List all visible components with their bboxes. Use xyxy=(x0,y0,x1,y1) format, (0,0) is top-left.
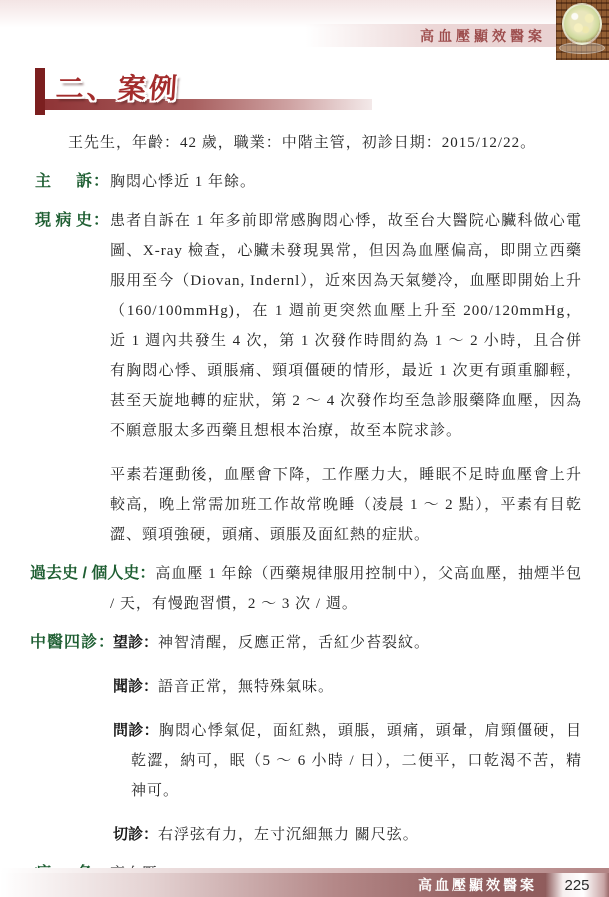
entry-text: 過去史 / 個人史：高血壓 1 年餘（西藥規律服用控制中），父高血壓，抽煙半包 … xyxy=(30,559,582,619)
sub-entry-聞診: 聞診：語音正常，無特殊氣味。 xyxy=(113,672,582,702)
sub-entry-切診: 切診：右浮弦有力，左寸沉細無力 關尺弦。 xyxy=(113,820,582,850)
entry-chief-complaint: 主訴：胸悶心悸近 1 年餘。 xyxy=(30,167,582,197)
patient-intro: 王先生，年齡：42 歲，職業：中階主管，初診日期：2015/12/22。 xyxy=(30,128,582,158)
title-vertical-bar xyxy=(35,68,45,115)
entry-text: 平素若運動後，血壓會下降，工作壓力大，睡眠不足時血壓會上升較高，晚上常需加班工作… xyxy=(30,460,582,550)
running-footer-title: 高血壓顯效醫案 xyxy=(418,875,537,895)
sub-entries: 望診：神智清醒，反應正常，舌紅少苔裂紋。聞診：語音正常，無特殊氣味。問診：胸悶心… xyxy=(113,628,582,850)
entry-label: 現病史： xyxy=(35,206,110,236)
sub-label: 聞診： xyxy=(113,679,158,695)
sub-entry-問診: 問診：胸悶心悸氣促，面紅熱，頭脹，頭痛，頭暈，肩頸僵硬，目乾澀，納可，眠（5 ～… xyxy=(113,716,582,806)
sub-label: 望診： xyxy=(113,635,158,651)
page-number: 225 xyxy=(564,877,589,894)
entry-label: 過去史 / 個人史： xyxy=(30,565,155,582)
entry-text: 患者自訴在 1 年多前即常感胸悶心悸，故至台大醫院心臟科做心電圖、X-ray 檢… xyxy=(30,206,582,446)
entry-text: 胸悶心悸近 1 年餘。 xyxy=(30,167,582,197)
entry-label: 主訴： xyxy=(35,167,110,197)
page-footer: 高血壓顯效醫案 225 xyxy=(0,868,609,897)
sub-entry-望診: 望診：神智清醒，反應正常，舌紅少苔裂紋。 xyxy=(113,628,582,658)
document-page: 高血壓顯效醫案 二、案例 王先生，年齡：42 歲，職業：中階主管，初診日期：20… xyxy=(0,0,609,897)
tea-cup-photo xyxy=(556,0,609,60)
footer-band: 高血壓顯效醫案 225 xyxy=(0,873,609,897)
case-content: 王先生，年齡：42 歲，職業：中階主管，初診日期：2015/12/22。 主訴：… xyxy=(30,128,582,897)
section-title: 二、案例 xyxy=(55,67,182,107)
tea-cup-shape xyxy=(562,3,602,45)
sub-label: 問診： xyxy=(113,723,159,739)
page-number-box: 225 xyxy=(545,873,609,897)
running-header-title: 高血壓顯效醫案 xyxy=(420,26,556,46)
section-title-block: 二、案例 xyxy=(0,66,609,118)
entry-four-examinations: 中醫四診：望診：神智清醒，反應正常，舌紅少苔裂紋。聞診：語音正常，無特殊氣味。問… xyxy=(30,628,582,850)
entry-present-illness: 現病史：患者自訴在 1 年多前即常感胸悶心悸，故至台大醫院心臟科做心電圖、X-r… xyxy=(30,206,582,550)
case-entries: 主訴：胸悶心悸近 1 年餘。現病史：患者自訴在 1 年多前即常感胸悶心悸，故至台… xyxy=(30,167,582,889)
sub-label: 切診： xyxy=(113,827,158,843)
header-band: 高血壓顯效醫案 xyxy=(0,24,556,47)
entry-label: 中醫四診： xyxy=(30,628,115,658)
entry-past-personal-history: 過去史 / 個人史：高血壓 1 年餘（西藥規律服用控制中），父高血壓，抽煙半包 … xyxy=(30,559,582,619)
